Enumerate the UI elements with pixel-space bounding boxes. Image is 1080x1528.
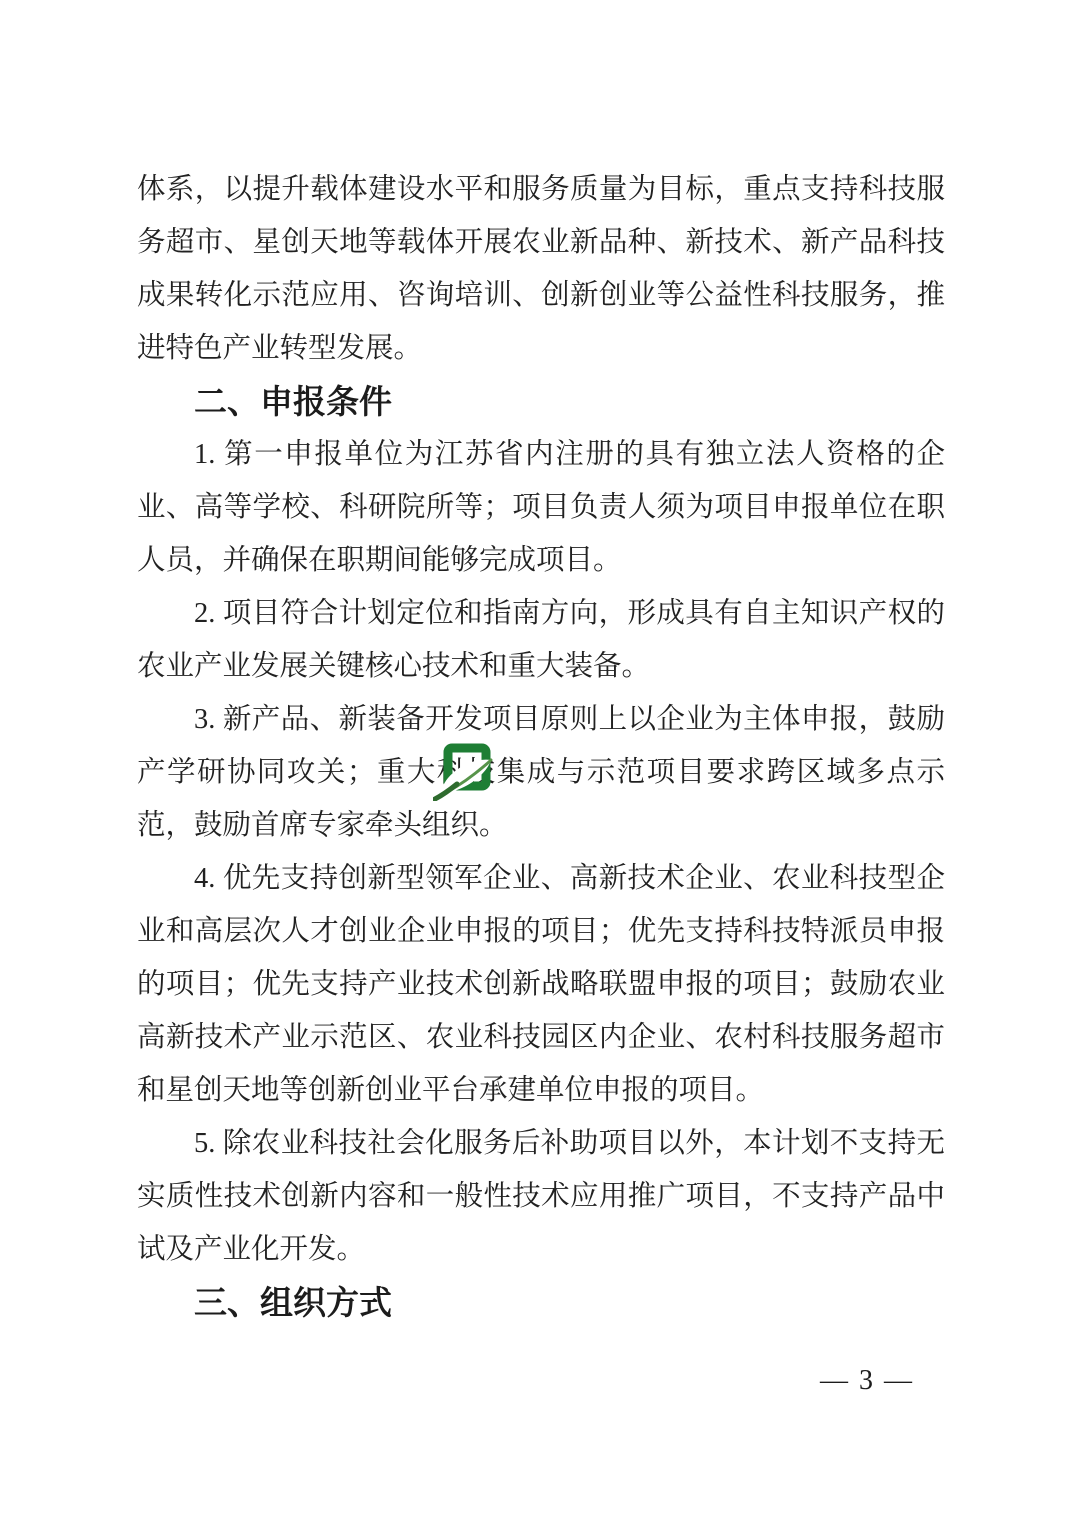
section-heading-application-conditions: 二、申报条件 <box>137 375 945 428</box>
paragraph-carryover: 体系，以提升载体建设水平和服务质量为目标，重点支持科技服务超市、星创天地等载体开… <box>137 163 945 375</box>
condition-item-2: 2. 项目符合计划定位和指南方向，形成具有自主知识产权的农业产业发展关键核心技术… <box>137 587 945 693</box>
condition-item-5: 5. 除农业科技社会化服务后补助项目以外，本计划不支持无实质性技术创新内容和一般… <box>137 1117 945 1276</box>
green-leaf-logo <box>433 739 495 801</box>
document-body: 体系，以提升载体建设水平和服务质量为目标，重点支持科技服务超市、星创天地等载体开… <box>137 163 945 1329</box>
section-heading-organization-method: 三、组织方式 <box>137 1276 945 1329</box>
green-leaf-logo-icon <box>433 739 495 801</box>
condition-item-4: 4. 优先支持创新型领军企业、高新技术企业、农业科技型企业和高层次人才创业企业申… <box>137 852 945 1117</box>
condition-item-1: 1. 第一申报单位为江苏省内注册的具有独立法人资格的企业、高等学校、科研院所等；… <box>137 428 945 587</box>
page-number: — 3 — <box>820 1364 914 1398</box>
condition-item-3: 3. 新产品、新装备开发项目原则上以企业为主体申报，鼓励产学研协同攻关；重大科技… <box>137 693 945 852</box>
document-page: 体系，以提升载体建设水平和服务质量为目标，重点支持科技服务超市、星创天地等载体开… <box>0 0 1080 1528</box>
